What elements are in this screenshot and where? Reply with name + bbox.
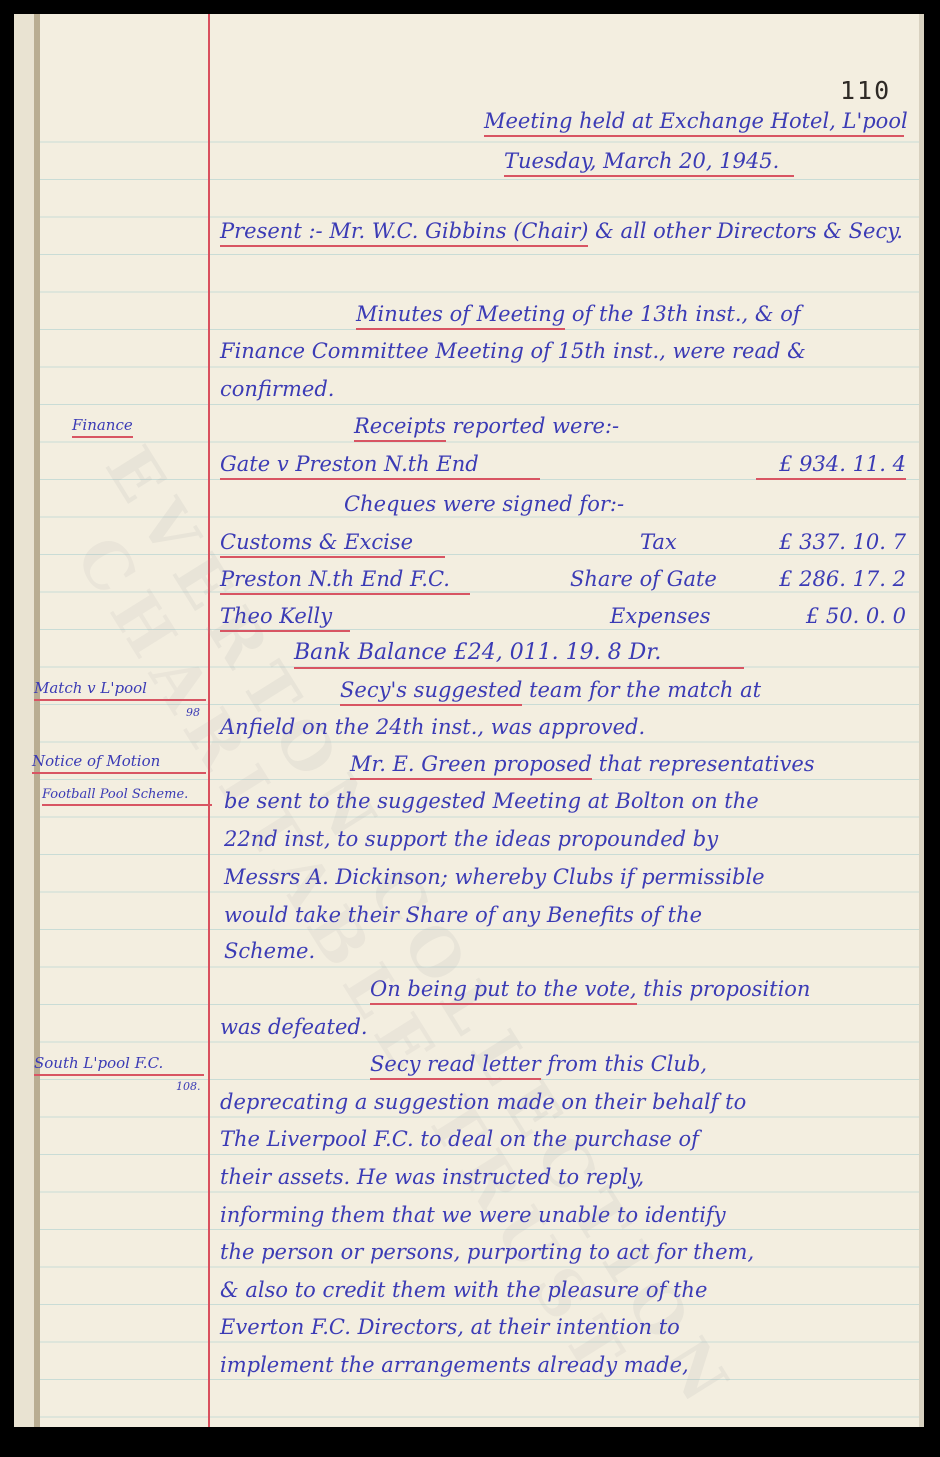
minutes-line-1: Minutes of Meeting of the 13th inst., & … xyxy=(356,302,801,326)
vote-rest: this proposition xyxy=(643,977,810,1001)
minutes-line-3: confirmed. xyxy=(220,377,334,401)
page-number: 110 xyxy=(840,76,891,105)
cheque-payee: Customs & Excise xyxy=(220,530,445,558)
cheques-heading: Cheques were signed for:- xyxy=(344,492,624,516)
cheque-payee: Theo Kelly xyxy=(220,604,350,632)
side-subheading-football-pool: Football Pool Scheme. xyxy=(42,787,212,806)
cheque-purpose: Expenses xyxy=(610,604,711,628)
present-line: Present :- Mr. W.C. Gibbins (Chair) & al… xyxy=(220,219,903,243)
receipt-item: Gate v Preston N.th End xyxy=(220,452,540,480)
vote-underlined: On being put to the vote, xyxy=(370,977,637,1005)
south-lpool-line-1: Secy read letter from this Club, xyxy=(370,1052,707,1076)
south-lpool-line: implement the arrangements already made, xyxy=(220,1353,689,1377)
receipt-amount: £ 934. 11. 4 xyxy=(756,452,906,480)
side-ref-south-lpool: 108. xyxy=(176,1080,201,1093)
heading-venue: Meeting held at Exchange Hotel, L'pool xyxy=(484,109,904,137)
page-edge xyxy=(919,14,924,1427)
motion-line: 22nd inst, to support the ideas propound… xyxy=(224,827,718,851)
motion-line: would take their Share of any Benefits o… xyxy=(224,903,702,927)
south-lpool-line: their assets. He was instructed to reply… xyxy=(220,1165,644,1189)
minutes-line-2: Finance Committee Meeting of 15th inst.,… xyxy=(220,339,806,363)
side-heading-match: Match v L'pool xyxy=(34,679,206,701)
match-underlined: Secy's suggested xyxy=(340,678,522,706)
side-heading-notice-of-motion: Notice of Motion xyxy=(32,752,206,774)
side-heading-finance: Finance xyxy=(72,416,133,438)
south-lpool-underlined: Secy read letter xyxy=(370,1052,541,1080)
cheque-purpose: Tax xyxy=(640,530,677,554)
motion-line: be sent to the suggested Meeting at Bolt… xyxy=(224,789,759,813)
cheque-payee: Preston N.th End F.C. xyxy=(220,567,470,595)
motion-rest: that representatives xyxy=(599,752,815,776)
south-lpool-rest: from this Club, xyxy=(547,1052,707,1076)
receipts-rest: reported were:- xyxy=(453,414,620,438)
side-heading-south-lpool: South L'pool F.C. xyxy=(34,1054,204,1076)
receipts-line: Receipts reported were:- xyxy=(354,414,619,438)
motion-underlined: Mr. E. Green proposed xyxy=(350,752,592,780)
present-rest: & all other Directors & Secy. xyxy=(595,219,903,243)
vote-line-1: On being put to the vote, this propositi… xyxy=(370,977,810,1001)
south-lpool-line: the person or persons, purporting to act… xyxy=(220,1240,754,1264)
match-line-2: Anfield on the 24th inst., was approved. xyxy=(220,715,645,739)
match-rest: team for the match at xyxy=(529,678,761,702)
cheque-amount: £ 286. 17. 2 xyxy=(756,567,906,591)
motion-line: Scheme. xyxy=(224,939,315,963)
book-spine xyxy=(14,14,40,1427)
south-lpool-line: & also to credit them with the pleasure … xyxy=(220,1278,707,1302)
side-ref-match: 98 xyxy=(186,706,200,719)
motion-line: Messrs A. Dickinson; whereby Clubs if pe… xyxy=(224,865,765,889)
cheque-amount: £ 50. 0. 0 xyxy=(756,604,906,628)
present-chair: Present :- Mr. W.C. Gibbins (Chair) xyxy=(220,219,588,247)
match-line-1: Secy's suggested team for the match at xyxy=(340,678,761,702)
heading-date: Tuesday, March 20, 1945. xyxy=(504,149,794,177)
south-lpool-line: The Liverpool F.C. to deal on the purcha… xyxy=(220,1127,699,1151)
cheque-amount: £ 337. 10. 7 xyxy=(756,530,906,554)
vote-line-2: was defeated. xyxy=(220,1015,368,1039)
motion-line-1: Mr. E. Green proposed that representativ… xyxy=(350,752,815,776)
minutes-rest: of the 13th inst., & of xyxy=(572,302,801,326)
south-lpool-line: informing them that we were unable to id… xyxy=(220,1203,726,1227)
ledger-page: EVERTON COLLECTION CHARITABLE TRUST 110 … xyxy=(14,14,924,1427)
minutes-underlined: Minutes of Meeting xyxy=(356,302,565,330)
page-top-margin xyxy=(14,14,924,105)
south-lpool-line: Everton F.C. Directors, at their intenti… xyxy=(220,1315,680,1339)
cheque-purpose: Share of Gate xyxy=(570,567,717,591)
bank-balance: Bank Balance £24, 011. 19. 8 Dr. xyxy=(294,640,744,669)
receipts-underlined: Receipts xyxy=(354,414,446,442)
south-lpool-line: deprecating a suggestion made on their b… xyxy=(220,1090,746,1114)
